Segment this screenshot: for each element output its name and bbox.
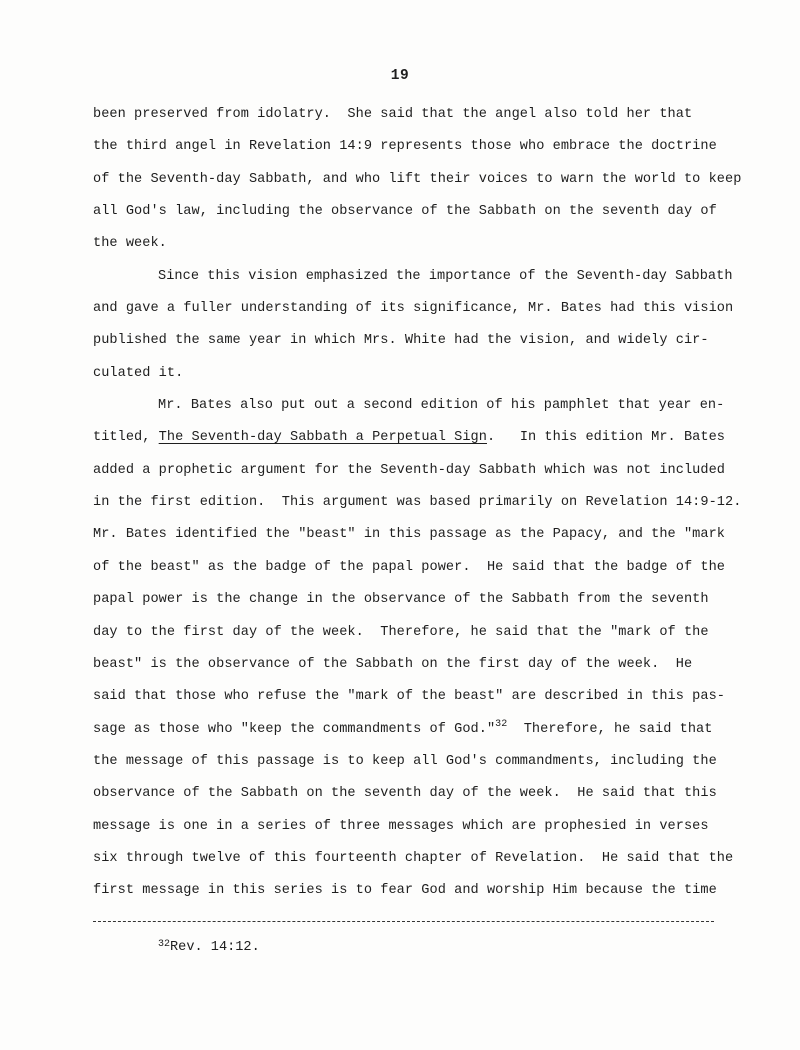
text-line: all God's law, including the observance … — [93, 202, 733, 234]
text-segment: sage as those who "keep the commandments… — [93, 722, 495, 737]
text-line: and gave a fuller understanding of its s… — [93, 299, 733, 331]
footnote-32: 32Rev. 14:12. — [158, 940, 260, 955]
text-line: added a prophetic argument for the Seven… — [93, 461, 733, 493]
footnote-separator — [93, 921, 714, 922]
text-line: Mr. Bates also put out a second edition … — [93, 396, 733, 428]
text-line: of the Seventh-day Sabbath, and who lift… — [93, 170, 733, 202]
text-line: beast" is the observance of the Sabbath … — [93, 655, 733, 687]
text-line: Since this vision emphasized the importa… — [93, 267, 733, 299]
footnote-reference: 32 — [495, 719, 507, 730]
body-text: been preserved from idolatry. She said t… — [93, 105, 733, 914]
text-line: of the beast" as the badge of the papal … — [93, 558, 733, 590]
text-line: Mr. Bates identified the "beast" in this… — [93, 525, 733, 557]
text-line: first message in this series is to fear … — [93, 881, 733, 913]
footnote-number: 32 — [158, 939, 170, 950]
text-segment: Therefore, he said that — [507, 722, 712, 737]
text-line: papal power is the change in the observa… — [93, 590, 733, 622]
page-number: 19 — [0, 68, 800, 84]
text-line: the week. — [93, 234, 733, 266]
text-line: day to the first day of the week. Theref… — [93, 623, 733, 655]
text-line: the message of this passage is to keep a… — [93, 752, 733, 784]
footnote-text: Rev. 14:12. — [170, 940, 260, 955]
text-line: message is one in a series of three mess… — [93, 817, 733, 849]
text-line: published the same year in which Mrs. Wh… — [93, 331, 733, 363]
text-line: culated it. — [93, 364, 733, 396]
publication-title: The Seventh-day Sabbath a Perpetual Sign — [159, 430, 487, 445]
text-line: been preserved from idolatry. She said t… — [93, 105, 733, 137]
text-line: six through twelve of this fourteenth ch… — [93, 849, 733, 881]
document-page: 19 been preserved from idolatry. She sai… — [0, 0, 800, 1050]
text-line: the third angel in Revelation 14:9 repre… — [93, 137, 733, 169]
text-line: titled, The Seventh-day Sabbath a Perpet… — [93, 428, 733, 460]
text-line: sage as those who "keep the commandments… — [93, 720, 733, 752]
text-segment: titled, — [93, 430, 159, 445]
text-line: observance of the Sabbath on the seventh… — [93, 784, 733, 816]
text-line: in the first edition. This argument was … — [93, 493, 733, 525]
text-segment: . In this edition Mr. Bates — [487, 430, 725, 445]
text-line: said that those who refuse the "mark of … — [93, 687, 733, 719]
